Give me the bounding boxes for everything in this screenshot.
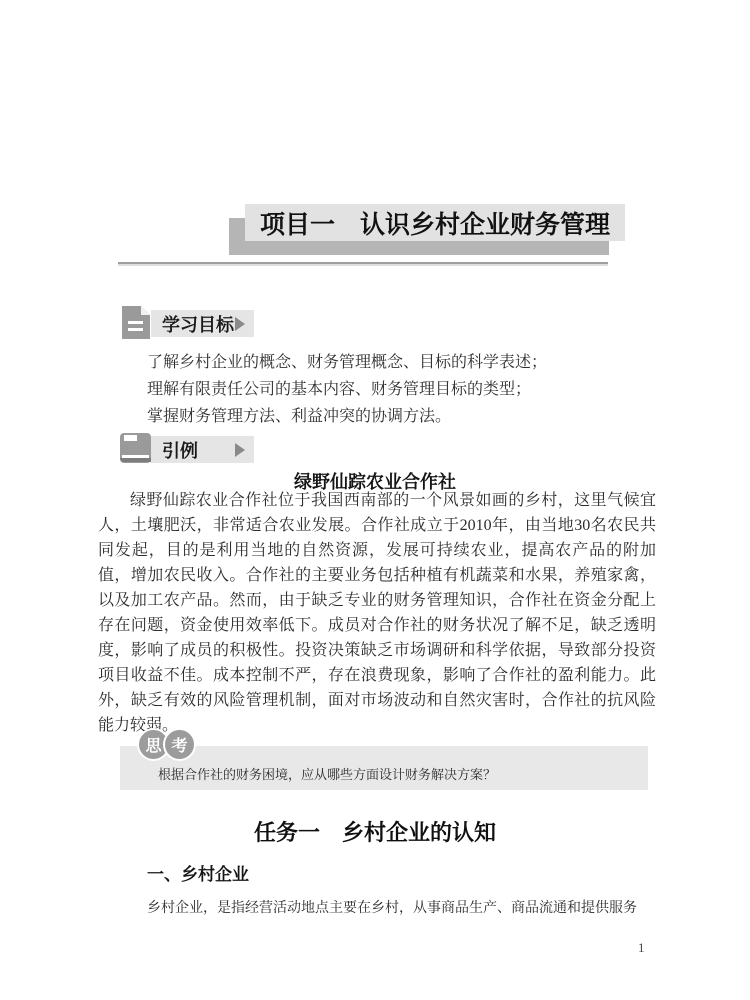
objective-item: 理解有限责任公司的基本内容、财务管理目标的类型； — [147, 376, 617, 403]
task-section-title: 任务一 乡村企业的认知 — [0, 816, 750, 847]
arrow-right-icon — [235, 317, 245, 331]
think-badge-char: 考 — [163, 728, 196, 761]
intro-example-label-bar: 引例 — [151, 436, 254, 463]
page-number: 1 — [638, 940, 645, 956]
think-box: 根据合作社的财务困境，应从哪些方面设计财务解决方案？ — [120, 746, 648, 790]
arrow-right-icon — [235, 443, 245, 457]
document-icon — [120, 306, 151, 339]
subsection-title: 一、乡村企业 — [147, 860, 249, 885]
learning-objectives-label: 学习目标 — [162, 311, 235, 337]
objectives-list: 了解乡村企业的概念、财务管理概念、目标的科学表述； 理解有限责任公司的基本内容、… — [147, 349, 617, 430]
chapter-title-banner: 项目一 认识乡村企业财务管理 — [245, 204, 625, 241]
body-paragraph: 乡村企业，是指经营活动地点主要在乡村，从事商品生产、商品流通和提供服务 — [147, 897, 637, 921]
think-question: 根据合作社的财务困境，应从哪些方面设计财务解决方案？ — [158, 764, 496, 783]
intro-example-label: 引例 — [162, 437, 235, 463]
intro-example-header: 引例 — [120, 432, 254, 465]
learning-objectives-label-bar: 学习目标 — [151, 310, 254, 337]
divider-rule — [118, 262, 608, 264]
chapter-title: 项目一 认识乡村企业财务管理 — [260, 205, 610, 241]
textbook-page: 项目一 认识乡村企业财务管理 学习目标 了解乡村企业的概念、财务管理概念、目标的… — [0, 0, 750, 1000]
objective-item: 了解乡村企业的概念、财务管理概念、目标的科学表述； — [147, 349, 617, 376]
book-icon — [120, 432, 151, 465]
learning-objectives-header: 学习目标 — [120, 306, 254, 339]
objective-item: 掌握财务管理方法、利益冲突的协调方法。 — [147, 403, 617, 430]
think-badge: 思 考 — [137, 728, 196, 761]
case-paragraph: 绿野仙踪农业合作社位于我国西南部的一个风景如画的乡村，这里气候宜人，土壤肥沃，非… — [98, 488, 656, 738]
